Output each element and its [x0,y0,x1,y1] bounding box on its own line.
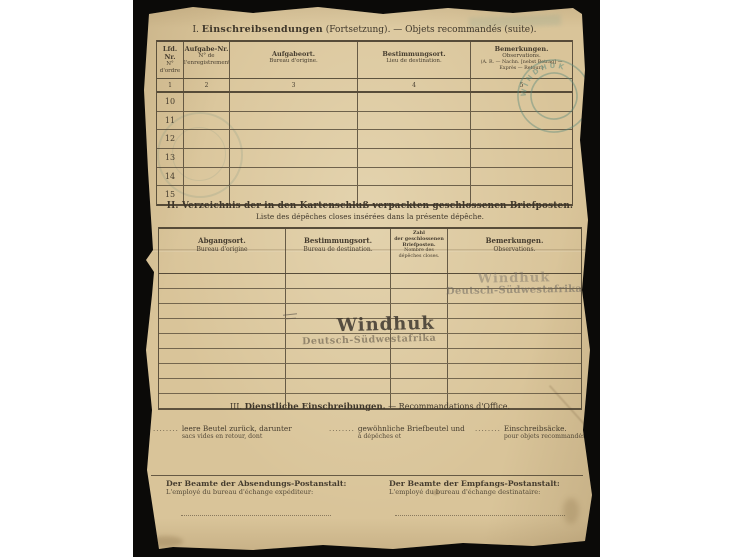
dotted-blank: ........ [329,424,355,440]
header-label: Bemerkungen. [448,237,581,246]
receiving-office-signature-block: Der Beamte der Empfangs-Postanstalt: L'e… [389,479,560,496]
column-number: 1 [157,79,184,91]
document-paper: I. Einschreibsendungen (Fortsetzung). — … [133,0,600,557]
empty-cell [358,168,471,186]
empty-cell [286,364,391,378]
registered-items-table: Lfd. Nr. N° d'ordre Aufgabe-Nr. N° de l'… [156,40,573,206]
empty-cell [448,349,581,363]
empty-cell [448,289,581,303]
empty-cell [391,364,448,378]
empty-cell [184,168,230,186]
entry-german: gewöhnliche Briefbeutel und [358,424,465,433]
letter-bags-entry: ........ gewöhnliche Briefbeutel und à d… [329,424,475,440]
empty-cell [448,319,581,333]
row-number-cell: 13 [157,149,184,167]
empty-cell [159,334,286,348]
empty-cell [286,349,391,363]
column-header-dispatch-office: Abgangsort. Bureau d'origine [159,229,286,273]
section1-number: I. [192,25,198,35]
empty-cell [184,93,230,111]
dispatch-office-signature-block: Der Beamte der Absendungs-Postanstalt: L… [166,479,346,496]
empty-bags-entry: ........ leere Beutel zurück, darunter s… [153,424,329,440]
official-registrations-line: ........ leere Beutel zurück, darunter s… [153,424,591,440]
empty-cell [184,130,230,148]
column-header-remarks: Bemerkungen. Observations. [448,229,581,273]
dotted-blank: ........ [475,424,501,440]
empty-cell [448,364,581,378]
empty-cell [391,349,448,363]
empty-cell [391,274,448,288]
empty-cell [159,379,286,393]
empty-cell [230,93,358,111]
row-number-cell: 14 [157,168,184,186]
table-row [159,319,581,334]
table-row: 14 [157,168,572,187]
header-label: Bureau d'origine. [230,58,357,65]
section2-title-french: Liste des dépêches closes insérées dans … [158,212,582,221]
section1-title-german: Einschreibsendungen [202,24,323,35]
registered-sacks-entry: ........ Einschreibsäcke. pour objets re… [475,424,591,440]
empty-cell [358,93,471,111]
table-row: 13 [157,149,572,168]
table2-header-row: Abgangsort. Bureau d'origine Bestimmungs… [159,227,581,274]
empty-cell [471,168,572,186]
column-header-destination-office: Bestimmungsort. Bureau de destination. [286,229,391,273]
header-label: l'enregistrement [184,60,229,67]
empty-cell [159,304,286,318]
column-number: 4 [358,79,471,91]
row-number-cell: 11 [157,112,184,130]
table-row: 12 [157,130,572,149]
empty-cell [358,112,471,130]
section2-title-german: II. Verzeichnis der in den Kartenschluß … [158,201,582,211]
header-label: Bureau de destination. [286,246,390,254]
entry-french: sacs vides en retour, dont [182,433,292,440]
header-label: N° de [184,53,229,60]
header-label: Bemerkungen. [471,45,572,53]
table-row [159,379,581,394]
header-label: Bestimmungsort. [358,50,470,58]
empty-cell [391,289,448,303]
empty-cell [230,112,358,130]
header-label: N° [157,61,183,68]
column-number: 3 [230,79,358,91]
photo-black-background: I. Einschreibsendungen (Fortsetzung). — … [133,0,600,557]
signature-dotted-line [181,514,331,516]
row-number-cell: 12 [157,130,184,148]
empty-cell [358,130,471,148]
section3-title-french: — Recommandations d'Office. [388,402,510,411]
empty-cell [391,304,448,318]
empty-cell [159,364,286,378]
header-label: Abgangsort. [159,237,285,246]
header-label: Observations. [448,246,581,254]
empty-cell [184,112,230,130]
section3-title: III. Dienstliche Einschreibungen. — Reco… [158,402,582,412]
column-number: 2 [184,79,230,91]
empty-cell [230,149,358,167]
paper-stain [149,536,183,547]
column-header-posting-number: Aufgabe-Nr. N° de l'enregistrement [184,42,230,78]
empty-cell [286,274,391,288]
empty-cell [159,289,286,303]
empty-cell [391,334,448,348]
header-label: Bestimmungsort. [286,237,390,246]
table-row [159,274,581,289]
empty-cell [230,168,358,186]
empty-cell [448,274,581,288]
table-row [159,289,581,304]
dotted-blank: ........ [153,424,179,440]
empty-cell [471,149,572,167]
empty-cell [286,304,391,318]
column-header-destination: Bestimmungsort. Lieu de destination. [358,42,471,78]
empty-cell [230,130,358,148]
paper-stain [563,498,579,524]
column-header-serial-number: Lfd. Nr. N° d'ordre [157,42,184,78]
column-header-count-closed-mails: Zahl der geschlossenen Briefposten. Nomb… [391,229,448,273]
empty-cell [184,149,230,167]
signature-label-french: L'employé du bureau d'échange expéditeur… [166,488,346,496]
signature-dotted-line [395,514,565,516]
empty-cell [159,274,286,288]
catalog-page: I. Einschreibsendungen (Fortsetzung). — … [0,0,740,557]
empty-cell [286,319,391,333]
empty-cell [391,379,448,393]
header-label: Aufgabeort. [230,50,357,58]
entry-french: pour objets recommandés. [504,433,587,440]
column-header-office-of-origin: Aufgabeort. Bureau d'origine. [230,42,358,78]
signature-label-german: Der Beamte der Empfangs-Postanstalt: [389,479,560,488]
section3-title-german: Dienstliche Einschreibungen. [245,402,386,412]
table1-rows: 101112131415 [157,93,572,206]
empty-cell [159,349,286,363]
table-row [159,349,581,364]
section1-title-french: (Fortsetzung). — Objets recommandés (sui… [326,25,537,35]
section2-title: II. Verzeichnis der in den Kartenschluß … [158,201,582,221]
table-row [159,364,581,379]
header-label: Lfd. Nr. [157,45,183,61]
header-label: d'ordre [157,68,183,75]
closed-mails-table: Abgangsort. Bureau d'origine Bestimmungs… [158,227,582,410]
signature-label-french: L'employé du bureau d'échange destinatai… [389,488,560,496]
section3-number: III. [230,402,242,411]
header-label: Lieu de destination. [358,58,470,65]
entry-german: leere Beutel zurück, darunter [182,424,292,433]
empty-cell [286,289,391,303]
section1-title: I. Einschreibsendungen (Fortsetzung). — … [156,24,573,35]
table-row [159,334,581,349]
empty-cell [448,334,581,348]
signature-label-german: Der Beamte der Absendungs-Postanstalt: [166,479,346,488]
table2-rows [159,274,581,410]
header-label: Aufgabe-Nr. [184,45,229,53]
row-number-cell: 10 [157,93,184,111]
header-label: dépêches closes. [391,254,447,260]
table-row [159,304,581,319]
table-row: 11 [157,112,572,131]
signature-section-rule [151,475,583,476]
empty-cell [391,319,448,333]
header-label: Bureau d'origine [159,246,285,254]
empty-cell [448,379,581,393]
table-row: 10 [157,93,572,112]
entry-french: à dépêches et [358,433,465,440]
empty-cell [159,319,286,333]
empty-cell [448,304,581,318]
empty-cell [286,334,391,348]
entry-german: Einschreibsäcke. [504,424,587,433]
empty-cell [286,379,391,393]
empty-cell [358,149,471,167]
